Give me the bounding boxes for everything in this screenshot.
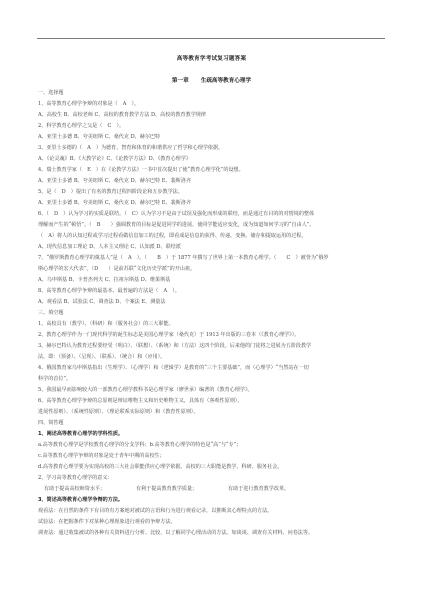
text-line: 2、科学教育心理学之父是（ C ）。: [38, 121, 388, 132]
header-rule: [37, 38, 385, 39]
text-line: 试验法：在把握条件下对某种心理现象进行观看的争辩方法。: [38, 517, 388, 528]
text-line: A、亚里士多德 B、夸美纽斯 C、桑代克 D、赫尔巴特 E、裴斯洛齐: [38, 176, 388, 187]
document-title: 高等教育学考试复习题答案: [0, 54, 423, 62]
text-line: 5、我国最早而影响较大的一部教育心理学教科书是心理学家（廖世承）编著的《教育心理…: [38, 385, 388, 396]
text-line: 三、填空题: [38, 308, 388, 319]
text-line: 理解而产生的“顿悟”。（ B ）强调教育的目标是促进同学的进展，使同学能适应变化…: [38, 220, 388, 231]
text-line: A、《论灵魂》B、《大教学论》C、《论教学方法》D、《教育心理学》: [38, 154, 388, 165]
text-line: A、亚里士多德 B、夸美纽斯 C、桑代克 D、赫尔巴特 E、裴斯洛齐: [38, 198, 388, 209]
question-heading: 1、阐述高等教育心理学的学科性质。: [38, 429, 388, 440]
chapter-name: 生疏高等教育心理学: [201, 78, 251, 84]
significance-item: 有利于提高教育教学质量；: [136, 484, 228, 495]
text-line: 7、“俄罗斯教育心理学的奠基人”是（ A ）。（ B ）于 1877 年撰写了世…: [38, 253, 388, 264]
question-heading: 3、简述高等教育心理学争辩的方法。: [38, 495, 388, 506]
text-line: （ A）将人的认知过程或学习过程看做信息加工的过程，即看成是信息的获得、传递、变…: [38, 231, 388, 242]
text-line: 6、高等教育心理学争辩的总原则是辩证唯物主义和历史唯物主义，具体有（客观性原则）…: [38, 396, 388, 407]
text-line: d.高等教育心理学要为实现高校的三大社会职能供应心理学依据。高校的三大职能是教学…: [38, 462, 388, 473]
main-lines: 一、选择题1、高等教育心理学争辩的对象是（ A ）。A、高校生 B、高校老师 C…: [38, 88, 388, 484]
text-line: A、观看法 B、试验法 C、调查法 D、个案法 E、测量法: [38, 297, 388, 308]
text-line: 5、是（ D ）提出了有名的教育过程四阶段论和五步教学法。: [38, 187, 388, 198]
text-line: 8、高等教育心理学争辩的最基本、最普遍的方法是（ A ）。: [38, 286, 388, 297]
chapter-heading: 第一章生疏高等教育心理学: [0, 76, 423, 84]
text-line: a.高等教育心理学是学校教育心理学的分支学科；b.高等教育心理学的特色是“高”与…: [38, 440, 388, 451]
text-line: 一、选择题: [38, 88, 388, 99]
text-line: A、乌申斯基 B、卡普杰列夫 C、拉祖尔斯基 D、维果斯基: [38, 275, 388, 286]
document-body: 一、选择题1、高等教育心理学争辩的对象是（ A ）。A、高校生 B、高校老师 C…: [38, 88, 388, 539]
text-line: 1、高等教育心理学争辩的对象是（ A ）。: [38, 99, 388, 110]
text-line: A、现代信息加工理论 D、人本主义理论 C、认知派 D、联结派: [38, 242, 388, 253]
document-page: 高等教育学考试复习题答案 第一章生疏高等教育心理学 一、选择题1、高等教育心理学…: [0, 0, 423, 600]
text-line: 6、（ D ）认为学习的实质是联结。（ C）认为学习不是由于试误及强化而形成的联…: [38, 209, 388, 220]
text-line: A、高校生 B、高校老师 C、高校的教育教学方法 D、高校的教育教学规律: [38, 110, 388, 121]
text-line: 1、高校具有（教学）、（科研）和（服务社会）的三大职能。: [38, 319, 388, 330]
chapter-number: 第一章: [172, 78, 189, 84]
text-line: 4、俄国教育家乌申斯基指出（生理学）、（心理学）和（逻辑学）是教育的“三个主要基…: [38, 363, 388, 374]
text-line: 4、瑞士教育学家（ E ）在《论教学方法》一书中首次提出了使“教育心理学化”的设…: [38, 165, 388, 176]
text-line: 进展性原则）、（系统性原则）、（理论联系实际原则）和（教育性原则）。: [38, 407, 388, 418]
text-line: 3、亚里士多德的（ A ）为德育、智育和体育的和谐供应了哲学和心理学依据。: [38, 143, 388, 154]
text-line: 观看法：在自然的条件下有目的有方案地对被试的言语和行为进行观看记录，以推断其心理…: [38, 506, 388, 517]
text-line: 调查法：通过收集被试的各种有关资料进行分析、比较，以了解同学心理活动的方法。如谈…: [38, 528, 388, 539]
text-line: 法，即：（预备）、（呈现）、（联系）、（统合）和（应用）。: [38, 352, 388, 363]
text-line: 2、学习高等教育心理学的意义：: [38, 473, 388, 484]
significance-item: 有助于进行教育教学改革。: [228, 484, 289, 495]
text-line: 科学的首位”。: [38, 374, 388, 385]
tail-lines: 3、简述高等教育心理学争辩的方法。观看法：在自然的条件下有目的有方案地对被试的言…: [38, 495, 388, 539]
text-line: 四、简答题: [38, 418, 388, 429]
significance-item: 有助于提高高校师资水平；: [44, 484, 136, 495]
text-line: 3、赫尔巴特认为教育过程要经受（明白）、（联想）、（系统）和（方法）这四个阶段。…: [38, 341, 388, 352]
text-line: 2、教育心理学作为一门现代科学的诞生标志是美国心理学家（桑代克）于 1913 年…: [38, 330, 388, 341]
text-line: c.高等教育心理学争辩的对象是处于青年中期的高校生；: [38, 451, 388, 462]
text-line: A、亚里士多德 B、夸美纽斯 C、桑代克 D、赫尔巴特: [38, 132, 388, 143]
text-line: 斯心理学的宏大代表”。（D ）是前苏联“文化历史学派”的开山祖。: [38, 264, 388, 275]
significance-row: 有助于提高高校师资水平；有利于提高教育教学质量；有助于进行教育教学改革。: [38, 484, 388, 495]
